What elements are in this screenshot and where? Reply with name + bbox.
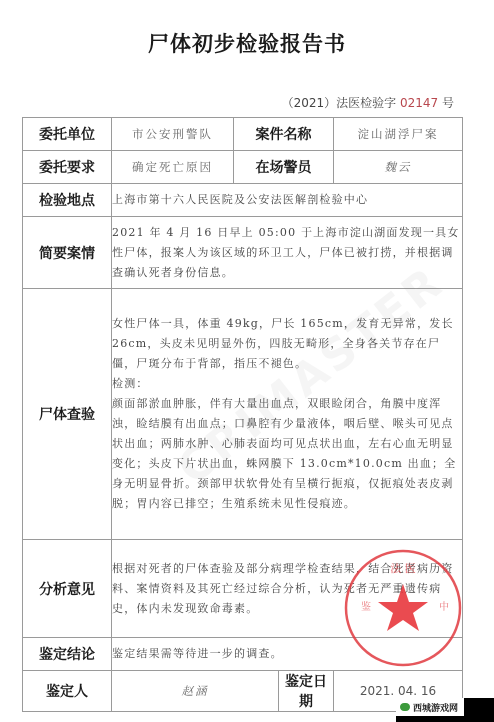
label-entrusting-request: 委托要求 <box>23 151 112 184</box>
site-logo: 西城游戏网 <box>396 698 494 722</box>
value-case-summary: 2021 年 4 月 16 日早上 05:00 于上海市淀山湖面发现一具女性尸体… <box>112 217 463 289</box>
label-body-examination: 尸体查验 <box>23 289 112 540</box>
report-number-value: 02147 <box>400 96 438 110</box>
row-analysis: 分析意见 根据对死者的尸体查验及部分病理学检查结果，结合死者病历资料、案情资料及… <box>23 540 463 638</box>
label-officer-present: 在场警员 <box>234 151 334 184</box>
value-case-name: 淀山湖浮尸案 <box>334 118 463 151</box>
exam-heading: 检测： <box>112 374 462 394</box>
row-entrusting-request: 委托要求 确定死亡原因 在场警员 魏云 <box>23 151 463 184</box>
logo-text: 西城游戏网 <box>413 701 458 714</box>
value-conclusion: 鉴定结果需等待进一步的调查。 <box>112 638 463 671</box>
value-entrusting-unit: 市公安刑警队 <box>112 118 234 151</box>
document-title: 尸体初步检验报告书 <box>0 28 494 58</box>
value-entrusting-request: 确定死亡原因 <box>112 151 234 184</box>
label-examiner: 鉴定人 <box>23 671 112 712</box>
label-inspection-location: 检验地点 <box>23 184 112 217</box>
report-number-prefix: （2021）法医检验字 <box>282 96 397 110</box>
logo-icon <box>400 703 410 711</box>
report-table: 委托单位 市公安刑警队 案件名称 淀山湖浮尸案 委托要求 确定死亡原因 在场警员… <box>22 117 463 712</box>
value-analysis: 根据对死者的尸体查验及部分病理学检查结果，结合死者病历资料、案情资料及其死亡经过… <box>112 540 463 638</box>
report-number-suffix: 号 <box>442 96 454 110</box>
value-inspection-location: 上海市第十六人民医院及公安法医解剖检验中心 <box>112 184 463 217</box>
label-case-summary: 简要案情 <box>23 217 112 289</box>
row-case-summary: 简要案情 2021 年 4 月 16 日早上 05:00 于上海市淀山湖面发现一… <box>23 217 463 289</box>
label-exam-date: 鉴定日期 <box>279 671 334 712</box>
label-conclusion: 鉴定结论 <box>23 638 112 671</box>
label-analysis: 分析意见 <box>23 540 112 638</box>
exam-paragraph-2: 颜面部淤血肿胀，伴有大量出血点，双眼睑闭合，角膜中度浑浊，睑结膜有出血点；口鼻腔… <box>112 394 462 514</box>
value-body-examination: 女性尸体一具，体重 49kg，尸长 165cm，发育无异常，发长 26cm，头皮… <box>112 289 463 540</box>
label-case-name: 案件名称 <box>234 118 334 151</box>
officer-signature: 魏云 <box>334 151 463 184</box>
report-number: （2021）法医检验字 02147 号 <box>282 94 454 111</box>
row-entrusting-unit: 委托单位 市公安刑警队 案件名称 淀山湖浮尸案 <box>23 118 463 151</box>
row-conclusion: 鉴定结论 鉴定结果需等待进一步的调查。 <box>23 638 463 671</box>
exam-paragraph-1: 女性尸体一具，体重 49kg，尸长 165cm，发育无异常，发长 26cm，头皮… <box>112 314 462 374</box>
row-body-examination: 尸体查验 女性尸体一具，体重 49kg，尸长 165cm，发育无异常，发长 26… <box>23 289 463 540</box>
row-inspection-location: 检验地点 上海市第十六人民医院及公安法医解剖检验中心 <box>23 184 463 217</box>
label-entrusting-unit: 委托单位 <box>23 118 112 151</box>
examiner-signature: 赵涵 <box>112 671 279 712</box>
